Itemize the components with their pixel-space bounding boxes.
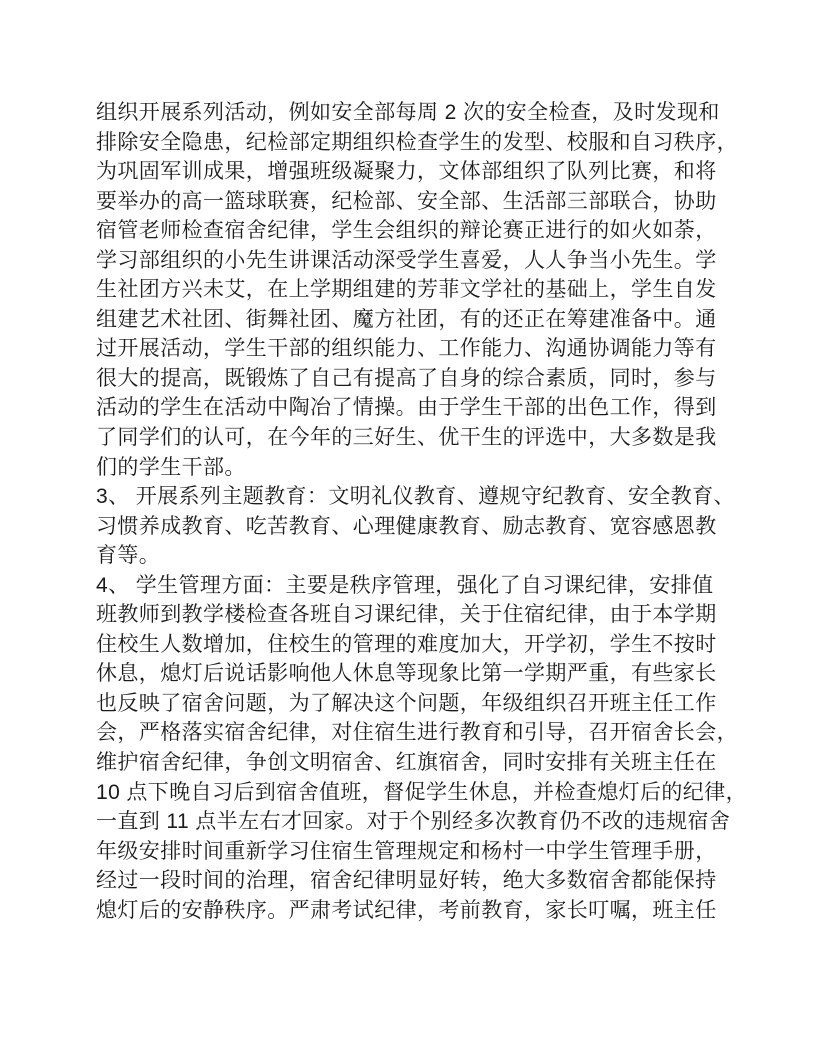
text-line: 一直到 11 点半左右才回家。对于个别经多次教育仍不改的违规宿舍 [96, 807, 732, 837]
text-line: 了同学们的认可，在今年的三好生、优干生的评选中，大多数是我 [96, 423, 732, 453]
text-line: 很大的提高，既锻炼了自己有提高了自身的综合素质，同时，参与 [96, 364, 732, 394]
text-line: 住校生人数增加，住校生的管理的难度加大，开学初，学生不按时 [96, 630, 732, 660]
text-line: 要举办的高一篮球联赛，纪检部、安全部、生活部三部联合，协助 [96, 187, 732, 217]
document-page: 组织开展系列活动，例如安全部每周 2 次的安全检查，及时发现和排除安全隐患，纪检… [0, 0, 816, 1056]
text-line: 熄灯后的安静秩序。严肃考试纪律，考前教育，家长叮嘱，班主任 [96, 896, 732, 926]
text-line: 4、 学生管理方面：主要是秩序管理，强化了自习课纪律，安排值 [96, 571, 732, 601]
text-line: 过开展活动，学生干部的组织能力、工作能力、沟通协调能力等有 [96, 334, 732, 364]
text-line: 3、 开展系列主题教育：文明礼仪教育、遵规守纪教育、安全教育、 [96, 482, 732, 512]
text-line: 组织开展系列活动，例如安全部每周 2 次的安全检查，及时发现和 [96, 98, 732, 128]
text-line: 组建艺术社团、街舞社团、魔方社团，有的还正在筹建准备中。通 [96, 305, 732, 335]
text-line: 年级安排时间重新学习住宿生管理规定和杨村一中学生管理手册， [96, 837, 732, 867]
text-line: 维护宿舍纪律，争创文明宿舍、红旗宿舍，同时安排有关班主任在 [96, 748, 732, 778]
text-line: 学习部组织的小先生讲课活动深受学生喜爱，人人争当小先生。学 [96, 246, 732, 276]
document-text: 组织开展系列活动，例如安全部每周 2 次的安全检查，及时发现和排除安全隐患，纪检… [96, 98, 732, 925]
text-line: 生社团方兴未艾，在上学期组建的芳菲文学社的基础上，学生自发 [96, 275, 732, 305]
text-line: 为巩固军训成果，增强班级凝聚力，文体部组织了队列比赛，和将 [96, 157, 732, 187]
text-line: 10 点下晚自习后到宿舍值班，督促学生休息，并检查熄灯后的纪律， [96, 778, 732, 808]
text-line: 会，严格落实宿舍纪律，对住宿生进行教育和引导，召开宿舍长会， [96, 718, 732, 748]
text-line: 宿管老师检查宿舍纪律，学生会组织的辩论赛正进行的如火如荼， [96, 216, 732, 246]
text-line: 排除安全隐患，纪检部定期组织检查学生的发型、校服和自习秩序， [96, 128, 732, 158]
text-line: 们的学生干部。 [96, 453, 732, 483]
text-line: 育等。 [96, 541, 732, 571]
text-line: 班教师到教学楼检查各班自习课纪律，关于住宿纪律，由于本学期 [96, 600, 732, 630]
text-line: 习惯养成教育、吃苦教育、心理健康教育、励志教育、宽容感恩教 [96, 512, 732, 542]
text-line: 休息，熄灯后说话影响他人休息等现象比第一学期严重，有些家长 [96, 659, 732, 689]
text-line: 也反映了宿舍问题，为了解决这个问题，年级组织召开班主任工作 [96, 689, 732, 719]
text-line: 经过一段时间的治理，宿舍纪律明显好转，绝大多数宿舍都能保持 [96, 866, 732, 896]
text-line: 活动的学生在活动中陶冶了情操。由于学生干部的出色工作，得到 [96, 393, 732, 423]
